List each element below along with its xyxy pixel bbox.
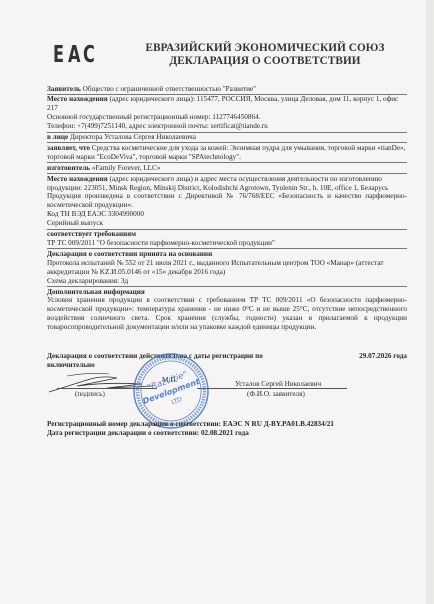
- document-title: ЕВРАЗИЙСКИЙ ЭКОНОМИЧЕСКИЙ СОЮЗ ДЕКЛАРАЦИ…: [120, 42, 410, 68]
- representative-row: в лице Директора Усталова Сергея Николае…: [47, 133, 407, 144]
- manufacturer-location-label: Место нахождения: [47, 175, 108, 183]
- registration-number-label: Регистрационный номер декларации о соотв…: [47, 420, 221, 428]
- manufacturer-label: изготовитель: [47, 164, 90, 172]
- applicant-label: Заявитель: [47, 85, 81, 93]
- declaration-scheme: Схема декларирования: 3д: [47, 277, 407, 286]
- validity-statement: Декларация о соответствии действительна …: [47, 352, 407, 370]
- registration-date-label: Дата регистрации декларации о соответств…: [47, 429, 199, 437]
- signature-caption: (подпись): [75, 390, 105, 398]
- representative-label: в лице: [47, 133, 68, 141]
- svg-text:LTD: LTD: [171, 396, 184, 406]
- compliance-row: соответствует требованиям ТР ТС 009/2011…: [47, 230, 407, 250]
- declaration-page: Е А С ЕВРАЗИЙСКИЙ ЭКОНОМИЧЕСКИЙ СОЮЗ ДЕК…: [0, 0, 434, 604]
- name-line: [197, 388, 347, 389]
- compliance-label: соответствует требованиям: [47, 230, 407, 239]
- company-stamp-icon: "Razvitie" Development LTD: [132, 352, 210, 430]
- validity-year-word: года: [393, 352, 407, 360]
- declares-row: заявляет, что Средства косметические для…: [47, 143, 407, 163]
- additional-info-row: Дополнительная информация Условия хранен…: [47, 287, 407, 333]
- name-caption: (Ф.И.О. заявителя): [247, 390, 305, 398]
- additional-label: Дополнительная информация: [47, 288, 407, 297]
- basis-row: Декларация о соответствии принята на осн…: [47, 249, 407, 287]
- production-type: Серийный выпуск: [47, 219, 407, 228]
- signer-name: Усталов Сергей Николаевич: [235, 380, 321, 388]
- declaration-body: Заявитель Общество с ограниченной ответс…: [47, 84, 407, 333]
- eac-letter-e: Е: [53, 42, 61, 68]
- contacts: Телефон: +7(499)7251140, адрес электронн…: [47, 122, 407, 131]
- representative-value: Директора Усталова Сергея Николаевича: [70, 133, 196, 141]
- manufacturer-row: изготовитель «Family Forever, LLC»: [47, 163, 407, 174]
- registration-block: Регистрационный номер декларации о соотв…: [47, 420, 407, 438]
- additional-value: Условия хранения продукции в соответстви…: [47, 296, 407, 332]
- eac-letter-c: С: [83, 42, 91, 68]
- basis-value: Протокола испытаний № 552 от 21 июля 202…: [47, 259, 407, 277]
- union-title: ЕВРАЗИЙСКИЙ ЭКОНОМИЧЕСКИЙ СОЮЗ: [120, 42, 410, 55]
- validity-date: 29.07.2026: [359, 352, 391, 360]
- manufacturer-value: «Family Forever, LLC»: [92, 164, 161, 172]
- location-label: Место нахождения: [47, 95, 108, 103]
- applicant-location-row: Место нахождения (адрес юридического лиц…: [47, 95, 407, 133]
- hs-code: Код ТН ВЭД ЕАЭС 3304990000: [47, 210, 407, 219]
- directive-text: Продукция произведена в соответствии с Д…: [47, 192, 407, 210]
- document-header: Е А С ЕВРАЗИЙСКИЙ ЭКОНОМИЧЕСКИЙ СОЮЗ ДЕК…: [50, 38, 400, 78]
- applicant-row: Заявитель Общество с ограниченной ответс…: [47, 84, 407, 95]
- scan-edge: [426, 0, 434, 604]
- validity-inclusive: включительно: [47, 361, 407, 370]
- product-description: Средства косметические для ухода за коже…: [47, 144, 405, 161]
- manufacturer-location-row: Место нахождения (адрес юридического лиц…: [47, 174, 407, 229]
- signature-block: М.П. Усталов Сергей Николаевич (подпись)…: [47, 370, 407, 410]
- eac-logo-icon: Е А С: [53, 42, 95, 68]
- declaration-title: ДЕКЛАРАЦИЯ О СООТВЕТСТВИИ: [120, 55, 410, 68]
- basis-label: Декларация о соответствии принята на осн…: [47, 250, 407, 259]
- applicant-value: Общество с ограниченной ответственностью…: [83, 85, 256, 93]
- ogrn: Основной государственный регистрационный…: [47, 113, 407, 122]
- declares-label: заявляет, что: [47, 144, 90, 152]
- eac-letter-a: А: [68, 42, 76, 68]
- registration-number: ЕАЭС N RU Д-BY.PA01.B.42834/21: [223, 420, 334, 428]
- registration-date: 02.08.2021 года: [201, 429, 249, 437]
- compliance-value: ТР ТС 009/2011 "О безопасности парфюмерн…: [47, 239, 407, 248]
